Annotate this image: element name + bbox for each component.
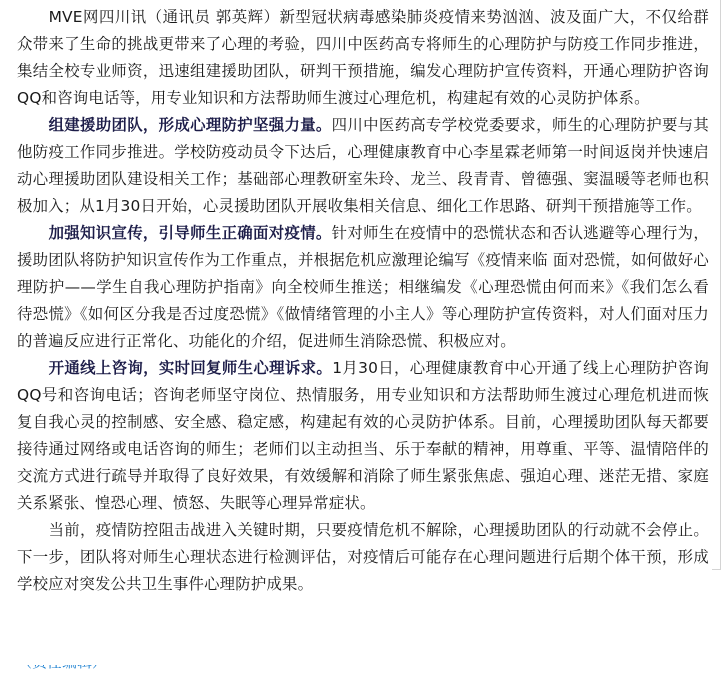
article-body: MVE网四川讯（通讯员 郭英辉）新型冠状病毒感染肺炎疫情来势汹汹、波及面广大，不… [17, 4, 709, 598]
paragraph-bold-lead: 组建援助团队，形成心理防护坚强力量。 [49, 116, 332, 134]
paragraph-publicity: 加强知识宣传，引导师生正确面对疫情。针对师生在疫情中的恐慌状态和否认逃避等心理行… [17, 220, 709, 355]
paragraph-conclusion: 当前，疫情防控阻击战进入关键时期，只要疫情危机不解除，心理援助团队的行动就不会停… [17, 517, 709, 598]
paragraph-text: MVE网四川讯（通讯员 郭英辉）新型冠状病毒感染肺炎疫情来势汹汹、波及面广大，不… [17, 8, 709, 107]
paragraph-bold-lead: 开通线上咨询，实时回复师生心理诉求。 [49, 359, 333, 377]
paragraph-intro: MVE网四川讯（通讯员 郭英辉）新型冠状病毒感染肺炎疫情来势汹汹、波及面广大，不… [17, 4, 709, 112]
paragraph-online-consult: 开通线上咨询，实时回复师生心理诉求。1月30日，心理健康教育中心开通了线上心理防… [17, 355, 709, 517]
content-border-right [720, 0, 721, 570]
paragraph-text: 1月30日，心理健康教育中心开通了线上心理防护咨询QQ号和咨询电话；咨询老师坚守… [17, 359, 709, 512]
editor-link-text[interactable]: （责任编辑） [17, 665, 107, 671]
content-border-corner [712, 569, 721, 570]
paragraph-team: 组建援助团队，形成心理防护坚强力量。四川中医药高专学校党委要求，师生的心理防护要… [17, 112, 709, 220]
paragraph-bold-lead: 加强知识宣传，引导师生正确面对疫情。 [49, 224, 332, 242]
paragraph-text: 针对师生在疫情中的恐慌状态和否认逃避等心理行为，援助团队将防护知识宣传作为工作重… [17, 224, 709, 350]
editor-link[interactable]: （责任编辑） [17, 665, 107, 674]
paragraph-text: 当前，疫情防控阻击战进入关键时期，只要疫情危机不解除，心理援助团队的行动就不会停… [17, 521, 709, 593]
